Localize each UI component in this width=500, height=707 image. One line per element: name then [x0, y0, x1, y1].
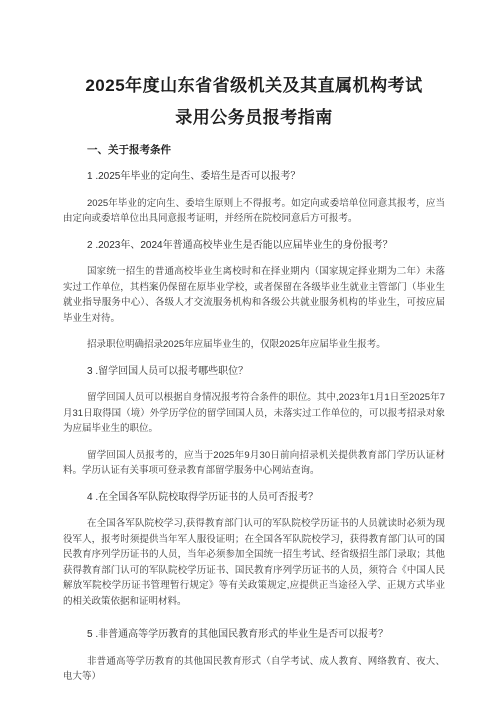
- document-title-line-1: 2025年度山东省省级机关及其直属机构考试: [63, 70, 445, 102]
- qa-item: 5 .非普通高等学历教育的其他国民教育形式的毕业生是否可以报考？ 非普通高等学历…: [63, 627, 445, 685]
- document-title-line-2: 录用公务员报考指南: [63, 102, 445, 134]
- qa-item: 3 .留学回国人员可以报考哪些职位？ 留学回国人员可以根据自身情况报考符合条件的…: [63, 364, 445, 479]
- answer-paragraph: 国家统一招生的普通高校毕业生离校时和在择业期内（国家规定择业期为二年）未落实过工…: [63, 264, 445, 326]
- question-2: 2 .2023年、2024年普通高校毕业生是否能以应届毕业生的身份报考？: [63, 238, 445, 254]
- answer-paragraph: 2025年毕业的定向生、委培生原则上不得报考。如定向或委培单位同意其报考，应当由…: [63, 196, 445, 227]
- question-5: 5 .非普通高等学历教育的其他国民教育形式的毕业生是否可以报考？: [63, 627, 445, 643]
- question-1: 1 .2025年毕业的定向生、委培生是否可以报考？: [63, 169, 445, 185]
- qa-item: 2 .2023年、2024年普通高校毕业生是否能以应届毕业生的身份报考？ 国家统…: [63, 238, 445, 353]
- answer-paragraph: 招录职位明确招录2025年应届毕业生的，仅限2025年应届毕业生报考。: [63, 337, 445, 353]
- qa-item: 1 .2025年毕业的定向生、委培生是否可以报考？ 2025年毕业的定向生、委培…: [63, 169, 445, 227]
- qa-item: 4 .在全国各军队院校取得学历证书的人员可否报考？ 在全国各军队院校学习,获得教…: [63, 490, 445, 610]
- answer-paragraph: 留学回国人员可以根据自身情况报考符合条件的职位。其中,2023年1月1日至202…: [63, 390, 445, 437]
- question-4: 4 .在全国各军队院校取得学历证书的人员可否报考？: [63, 490, 445, 506]
- document-title: 2025年度山东省省级机关及其直属机构考试 录用公务员报考指南: [63, 70, 445, 134]
- question-3: 3 .留学回国人员可以报考哪些职位？: [63, 364, 445, 380]
- answer-paragraph: 在全国各军队院校学习,获得教育部门认可的军队院校学历证书的人员就读时必须为现役军…: [63, 516, 445, 609]
- answer-paragraph: 留学回国人员报考的，应当于2025年9月30日前向招录机关提供教育部门学历认证材…: [63, 448, 445, 479]
- document-page: 2025年度山东省省级机关及其直属机构考试 录用公务员报考指南 一、关于报考条件…: [0, 0, 500, 707]
- section-heading: 一、关于报考条件: [63, 142, 445, 158]
- answer-paragraph: 非普通高等学历教育的其他国民教育形式（自学考试、成人教育、网络教育、夜大、电大等…: [63, 654, 445, 685]
